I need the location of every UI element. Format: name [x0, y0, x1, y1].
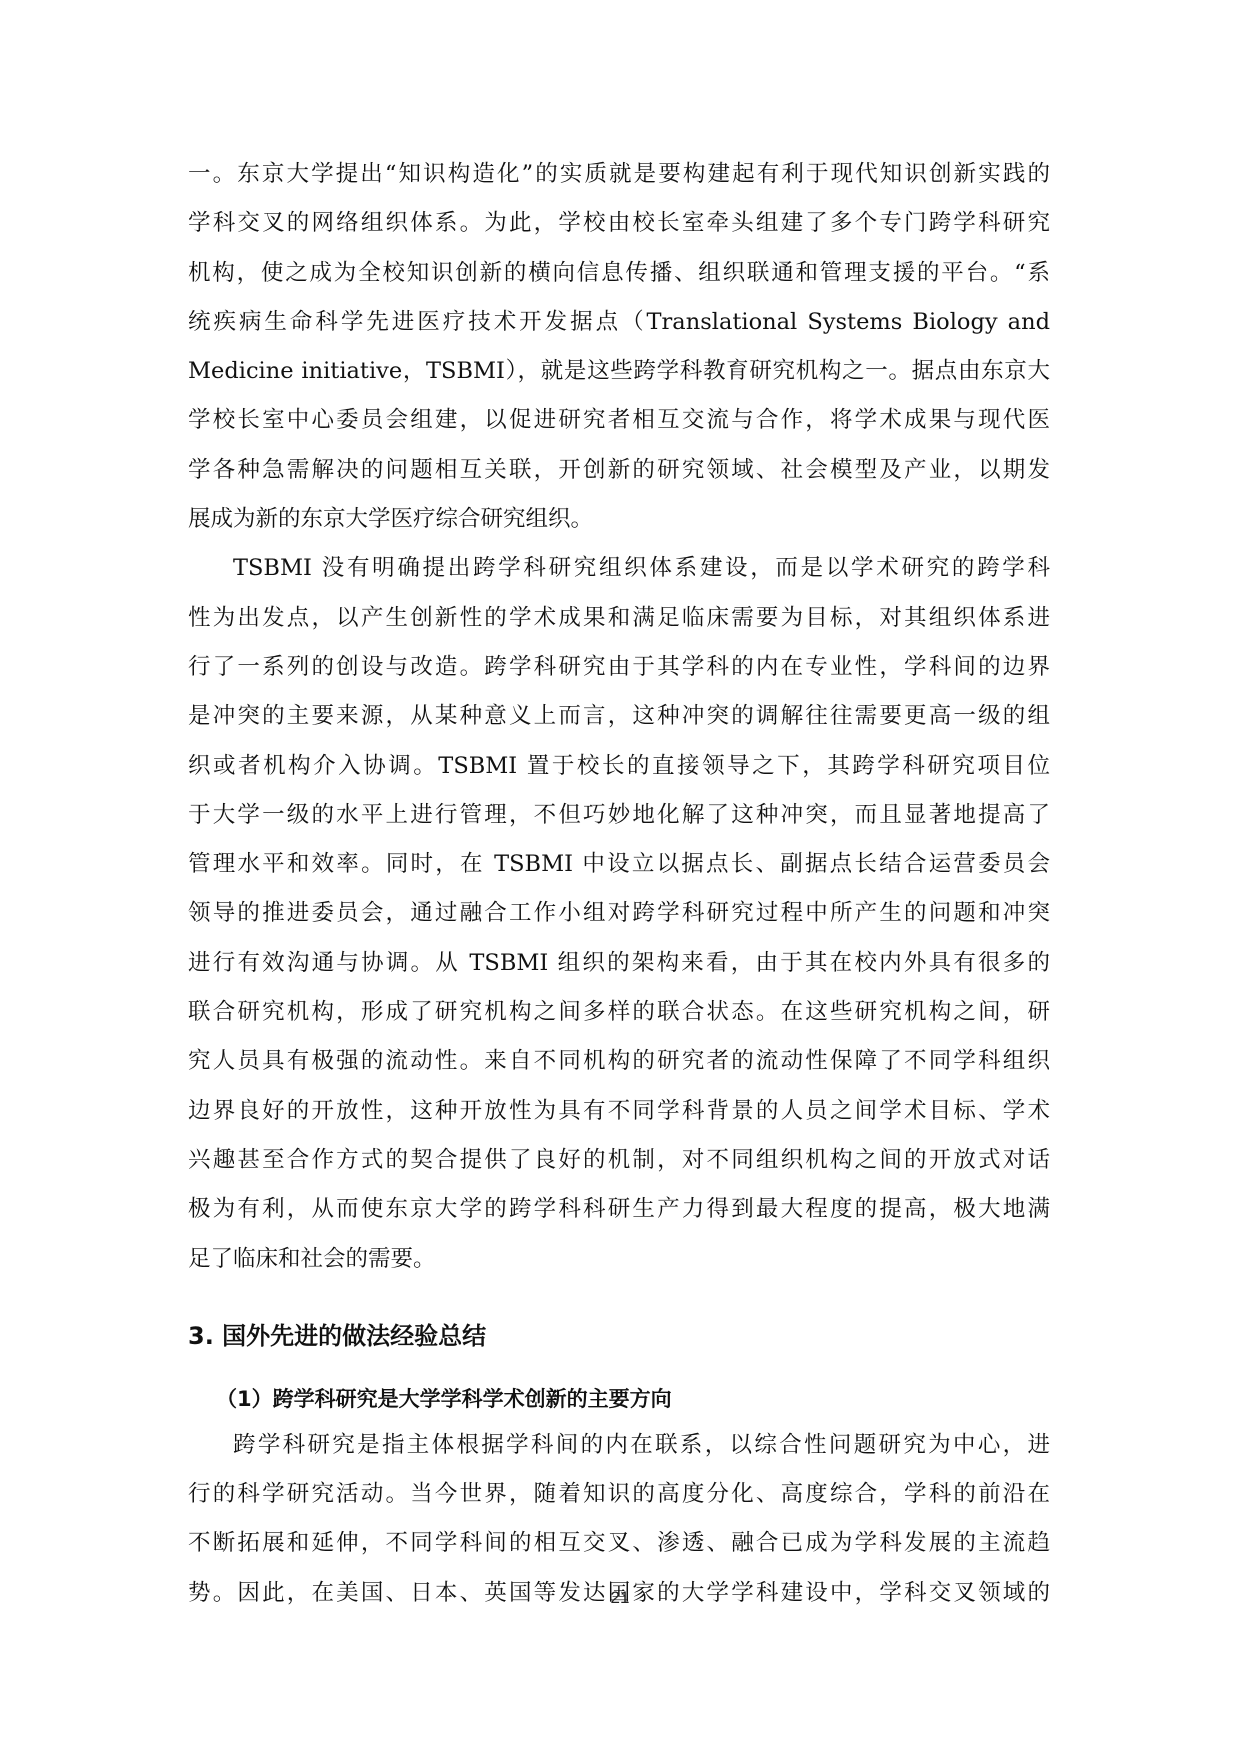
text-line: 行了一系列的创设与改造。跨学科研究由于其学科的内在专业性，学科间的边界 [188, 643, 1050, 692]
text-line: 跨学科研究是指主体根据学科间的内在联系，以综合性问题研究为中心，进 [188, 1421, 1050, 1470]
text-line: 足了临床和社会的需要。 [188, 1235, 1050, 1284]
text-line: 于大学一级的水平上进行管理，不但巧妙地化解了这种冲突，而且显著地提高了 [188, 791, 1050, 840]
text-line: 展成为新的东京大学医疗综合研究组织。 [188, 495, 1050, 544]
text-line: 究人员具有极强的流动性。来自不同机构的研究者的流动性保障了不同学科组织 [188, 1037, 1050, 1086]
text-line: 学校长室中心委员会组建，以促进研究者相互交流与合作，将学术成果与现代医 [188, 396, 1050, 445]
text-line: 领导的推进委员会，通过融合工作小组对跨学科研究过程中所产生的问题和冲突 [188, 889, 1050, 938]
text-line: 极为有利，从而使东京大学的跨学科科研生产力得到最大程度的提高，极大地满 [188, 1185, 1050, 1234]
paragraph-continuation: 一。东京大学提出“知识构造化”的实质就是要构建起有利于现代知识创新实践的 学科交… [188, 150, 1050, 544]
text-line: 是冲突的主要来源，从某种意义上而言，这种冲突的调解往往需要更高一级的组 [188, 692, 1050, 741]
text-line: 边界良好的开放性，这种开放性为具有不同学科背景的人员之间学术目标、学术 [188, 1087, 1050, 1136]
paragraph-tsbmi: TSBMI 没有明确提出跨学科研究组织体系建设，而是以学术研究的跨学科 性为出发… [188, 544, 1050, 1283]
text-line: 一。东京大学提出“知识构造化”的实质就是要构建起有利于现代知识创新实践的 [188, 150, 1050, 199]
text-line: 学各种急需解决的问题相互关联，开创新的研究领域、社会模型及产业，以期发 [188, 446, 1050, 495]
page-number: 21 [0, 1588, 1240, 1608]
text-line: 行的科学研究活动。当今世界，随着知识的高度分化、高度综合，学科的前沿在 [188, 1470, 1050, 1519]
text-line: 管理水平和效率。同时，在 TSBMI 中设立以据点长、副据点长结合运营委员会 [188, 840, 1050, 889]
text-line: 联合研究机构，形成了研究机构之间多样的联合状态。在这些研究机构之间，研 [188, 988, 1050, 1037]
text-line: 统疾病生命科学先进医疗技术开发据点（Translational Systems … [188, 298, 1050, 347]
text-line: 兴趣甚至合作方式的契合提供了良好的机制，对不同组织机构之间的开放式对话 [188, 1136, 1050, 1185]
text-line: 机构，使之成为全校知识创新的横向信息传播、组织联通和管理支援的平台。“系 [188, 249, 1050, 298]
text-line: 学科交叉的网络组织体系。为此，学校由校长室牵头组建了多个专门跨学科研究 [188, 199, 1050, 248]
text-line: TSBMI 没有明确提出跨学科研究组织体系建设，而是以学术研究的跨学科 [188, 544, 1050, 593]
text-line: Medicine initiative，TSBMI），就是这些跨学科教育研究机构… [188, 347, 1050, 396]
document-page: 一。东京大学提出“知识构造化”的实质就是要构建起有利于现代知识创新实践的 学科交… [188, 150, 1050, 1618]
text-line: 织或者机构介入协调。TSBMI 置于校长的直接领导之下，其跨学科研究项目位 [188, 742, 1050, 791]
text-line: 性为出发点，以产生创新性的学术成果和满足临床需要为目标，对其组织体系进 [188, 594, 1050, 643]
text-line: 不断拓展和延伸，不同学科间的相互交叉、渗透、融合已成为学科发展的主流趋 [188, 1519, 1050, 1568]
subsection-heading: （1）跨学科研究是大学学科学术创新的主要方向 [188, 1377, 1050, 1421]
text-line: 进行有效沟通与协调。从 TSBMI 组织的架构来看，由于其在校内外具有很多的 [188, 939, 1050, 988]
section-heading: 3. 国外先进的做法经验总结 [188, 1311, 1050, 1361]
